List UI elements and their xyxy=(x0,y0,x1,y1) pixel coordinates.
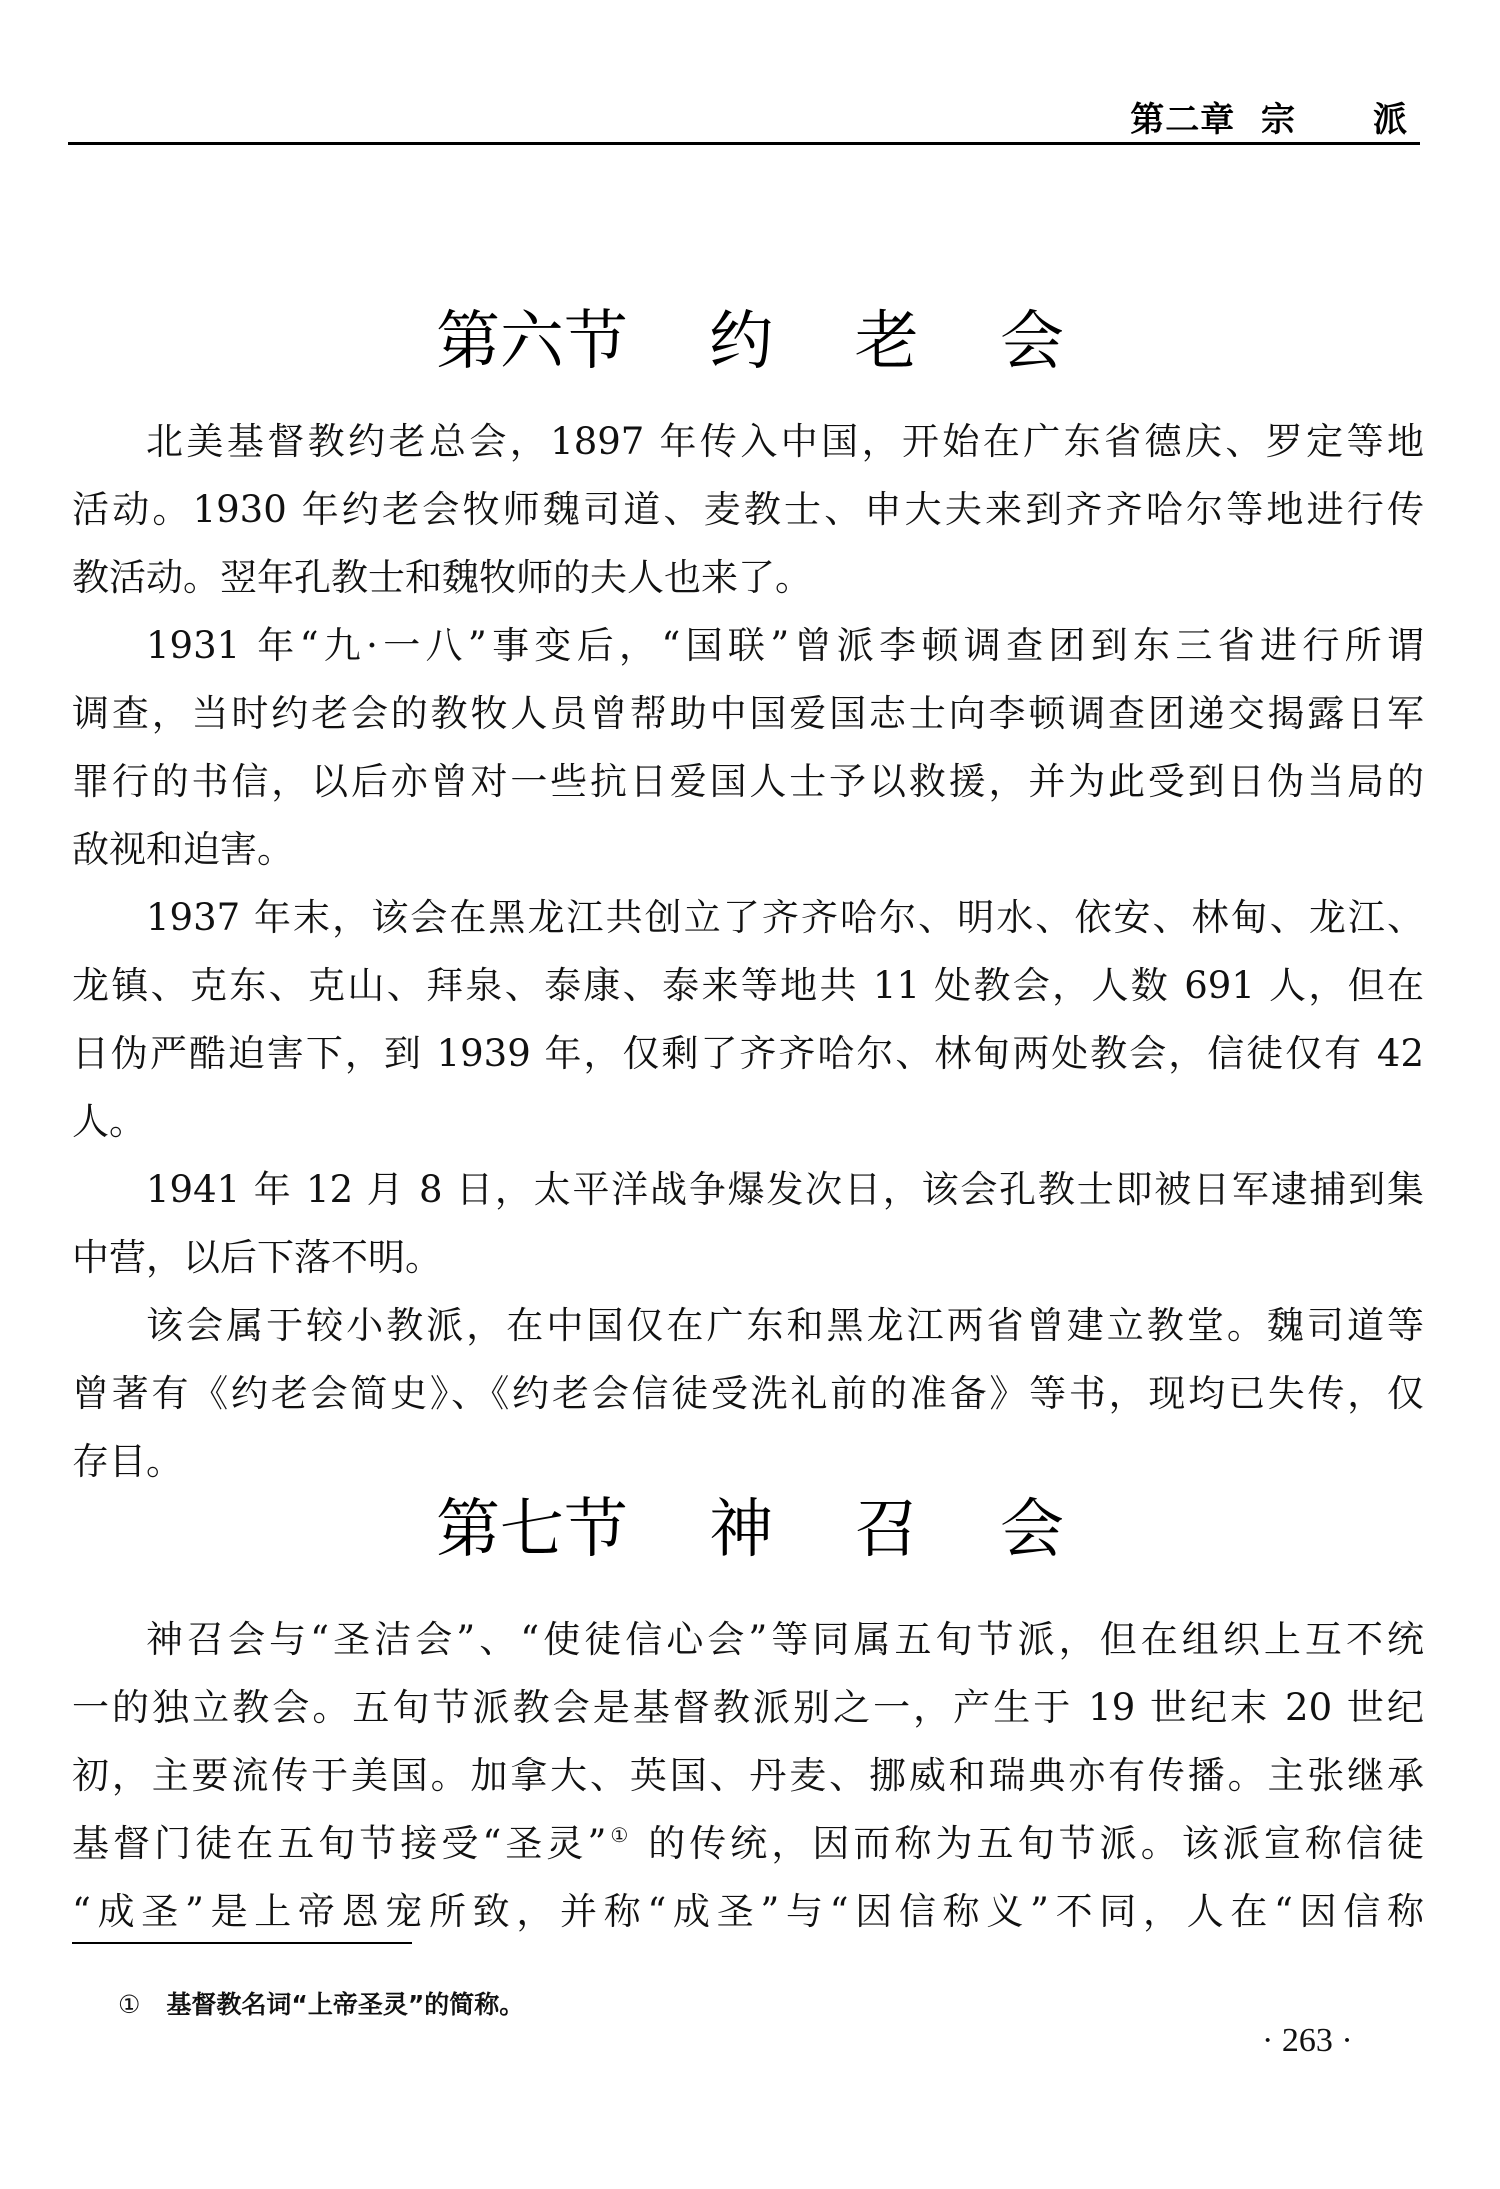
text-line: 神召会与“圣洁会”、“使徒信心会”等同属五旬节派，但在组织上互不统 xyxy=(72,1606,1424,1674)
text-line: 人。 xyxy=(72,1088,1424,1156)
section-title-7: 第七节 神 召 会 xyxy=(0,1478,1500,1570)
text-line: 罪行的书信，以后亦曾对一些抗日爱国人士予以救援，并为此受到日伪当局的 xyxy=(72,748,1424,816)
text-line: 调查，当时约老会的教牧人员曾帮助中国爱国志士向李顿调查团递交揭露日军 xyxy=(72,680,1424,748)
footnote-reference[interactable]: ① xyxy=(606,1823,632,1847)
paragraph: 该会属于较小教派，在中国仅在广东和黑龙江两省曾建立教堂。魏司道等 曾著有《约老会… xyxy=(72,1292,1424,1496)
text-line: 1931 年“九·一八”事变后，“国联”曾派李顿调查团到东三省进行所谓 xyxy=(72,612,1424,680)
text-line: 1937 年末，该会在黑龙江共创立了齐齐哈尔、明水、依安、林甸、龙江、 xyxy=(72,884,1424,952)
footnote-text: 基督教名词“上帝圣灵”的简称。 xyxy=(166,1990,524,2019)
paragraph: 1937 年末，该会在黑龙江共创立了齐齐哈尔、明水、依安、林甸、龙江、 龙镇、克… xyxy=(72,884,1424,1156)
text-fragment: 基督门徒在五旬节接受“圣灵” xyxy=(72,1822,606,1865)
footnote: ①基督教名词“上帝圣灵”的简称。 xyxy=(118,1985,524,2021)
text-fragment: 的传统，因而称为五旬节派。该派宣称信徒 xyxy=(632,1822,1424,1865)
paragraph: 神召会与“圣洁会”、“使徒信心会”等同属五旬节派，但在组织上互不统 一的独立教会… xyxy=(72,1606,1424,1946)
page-number: · 263 · xyxy=(1262,2022,1353,2060)
paragraph: 北美基督教约老总会，1897 年传入中国，开始在广东省德庆、罗定等地 活动。19… xyxy=(72,408,1424,612)
text-line: 教活动。翌年孔教士和魏牧师的夫人也来了。 xyxy=(72,544,1424,612)
text-line: 初，主要流传于美国。加拿大、英国、丹麦、挪威和瑞典亦有传播。主张继承 xyxy=(72,1742,1424,1810)
text-line: 该会属于较小教派，在中国仅在广东和黑龙江两省曾建立教堂。魏司道等 xyxy=(72,1292,1424,1360)
header-rule xyxy=(68,142,1420,145)
text-line: 1941 年 12 月 8 日，太平洋战争爆发次日，该会孔教士即被日军逮捕到集 xyxy=(72,1156,1424,1224)
section-7-body: 神召会与“圣洁会”、“使徒信心会”等同属五旬节派，但在组织上互不统 一的独立教会… xyxy=(72,1606,1424,1946)
paragraph: 1941 年 12 月 8 日，太平洋战争爆发次日，该会孔教士即被日军逮捕到集 … xyxy=(72,1156,1424,1292)
text-line: 龙镇、克东、克山、拜泉、泰康、泰来等地共 11 处教会，人数 691 人，但在 xyxy=(72,952,1424,1020)
text-line: 中营，以后下落不明。 xyxy=(72,1224,1424,1292)
text-line: 活动。1930 年约老会牧师魏司道、麦教士、申大夫来到齐齐哈尔等地进行传 xyxy=(72,476,1424,544)
text-line: 北美基督教约老总会，1897 年传入中国，开始在广东省德庆、罗定等地 xyxy=(72,408,1424,476)
footnote-rule xyxy=(72,1942,412,1944)
text-line: 曾著有《约老会简史》、《约老会信徒受洗礼前的准备》等书，现均已失传，仅 xyxy=(72,1360,1424,1428)
text-line-with-footnote: 基督门徒在五旬节接受“圣灵”① 的传统，因而称为五旬节派。该派宣称信徒 xyxy=(72,1810,1424,1878)
text-line: 一的独立教会。五旬节派教会是基督教派别之一，产生于 19 世纪末 20 世纪 xyxy=(72,1674,1424,1742)
text-line: 敌视和迫害。 xyxy=(72,816,1424,884)
text-line: 日伪严酷迫害下，到 1939 年，仅剩了齐齐哈尔、林甸两处教会，信徒仅有 42 xyxy=(72,1020,1424,1088)
running-head: 第二章 宗 派 xyxy=(1130,92,1408,141)
paragraph: 1931 年“九·一八”事变后，“国联”曾派李顿调查团到东三省进行所谓 调查，当… xyxy=(72,612,1424,884)
section-6-body: 北美基督教约老总会，1897 年传入中国，开始在广东省德庆、罗定等地 活动。19… xyxy=(72,408,1424,1496)
text-line: “成圣”是上帝恩宠所致，并称“成圣”与“因信称义”不同，人在“因信称 xyxy=(72,1878,1424,1946)
section-title-6: 第六节 约 老 会 xyxy=(0,290,1500,382)
footnote-marker: ① xyxy=(118,1990,140,2019)
